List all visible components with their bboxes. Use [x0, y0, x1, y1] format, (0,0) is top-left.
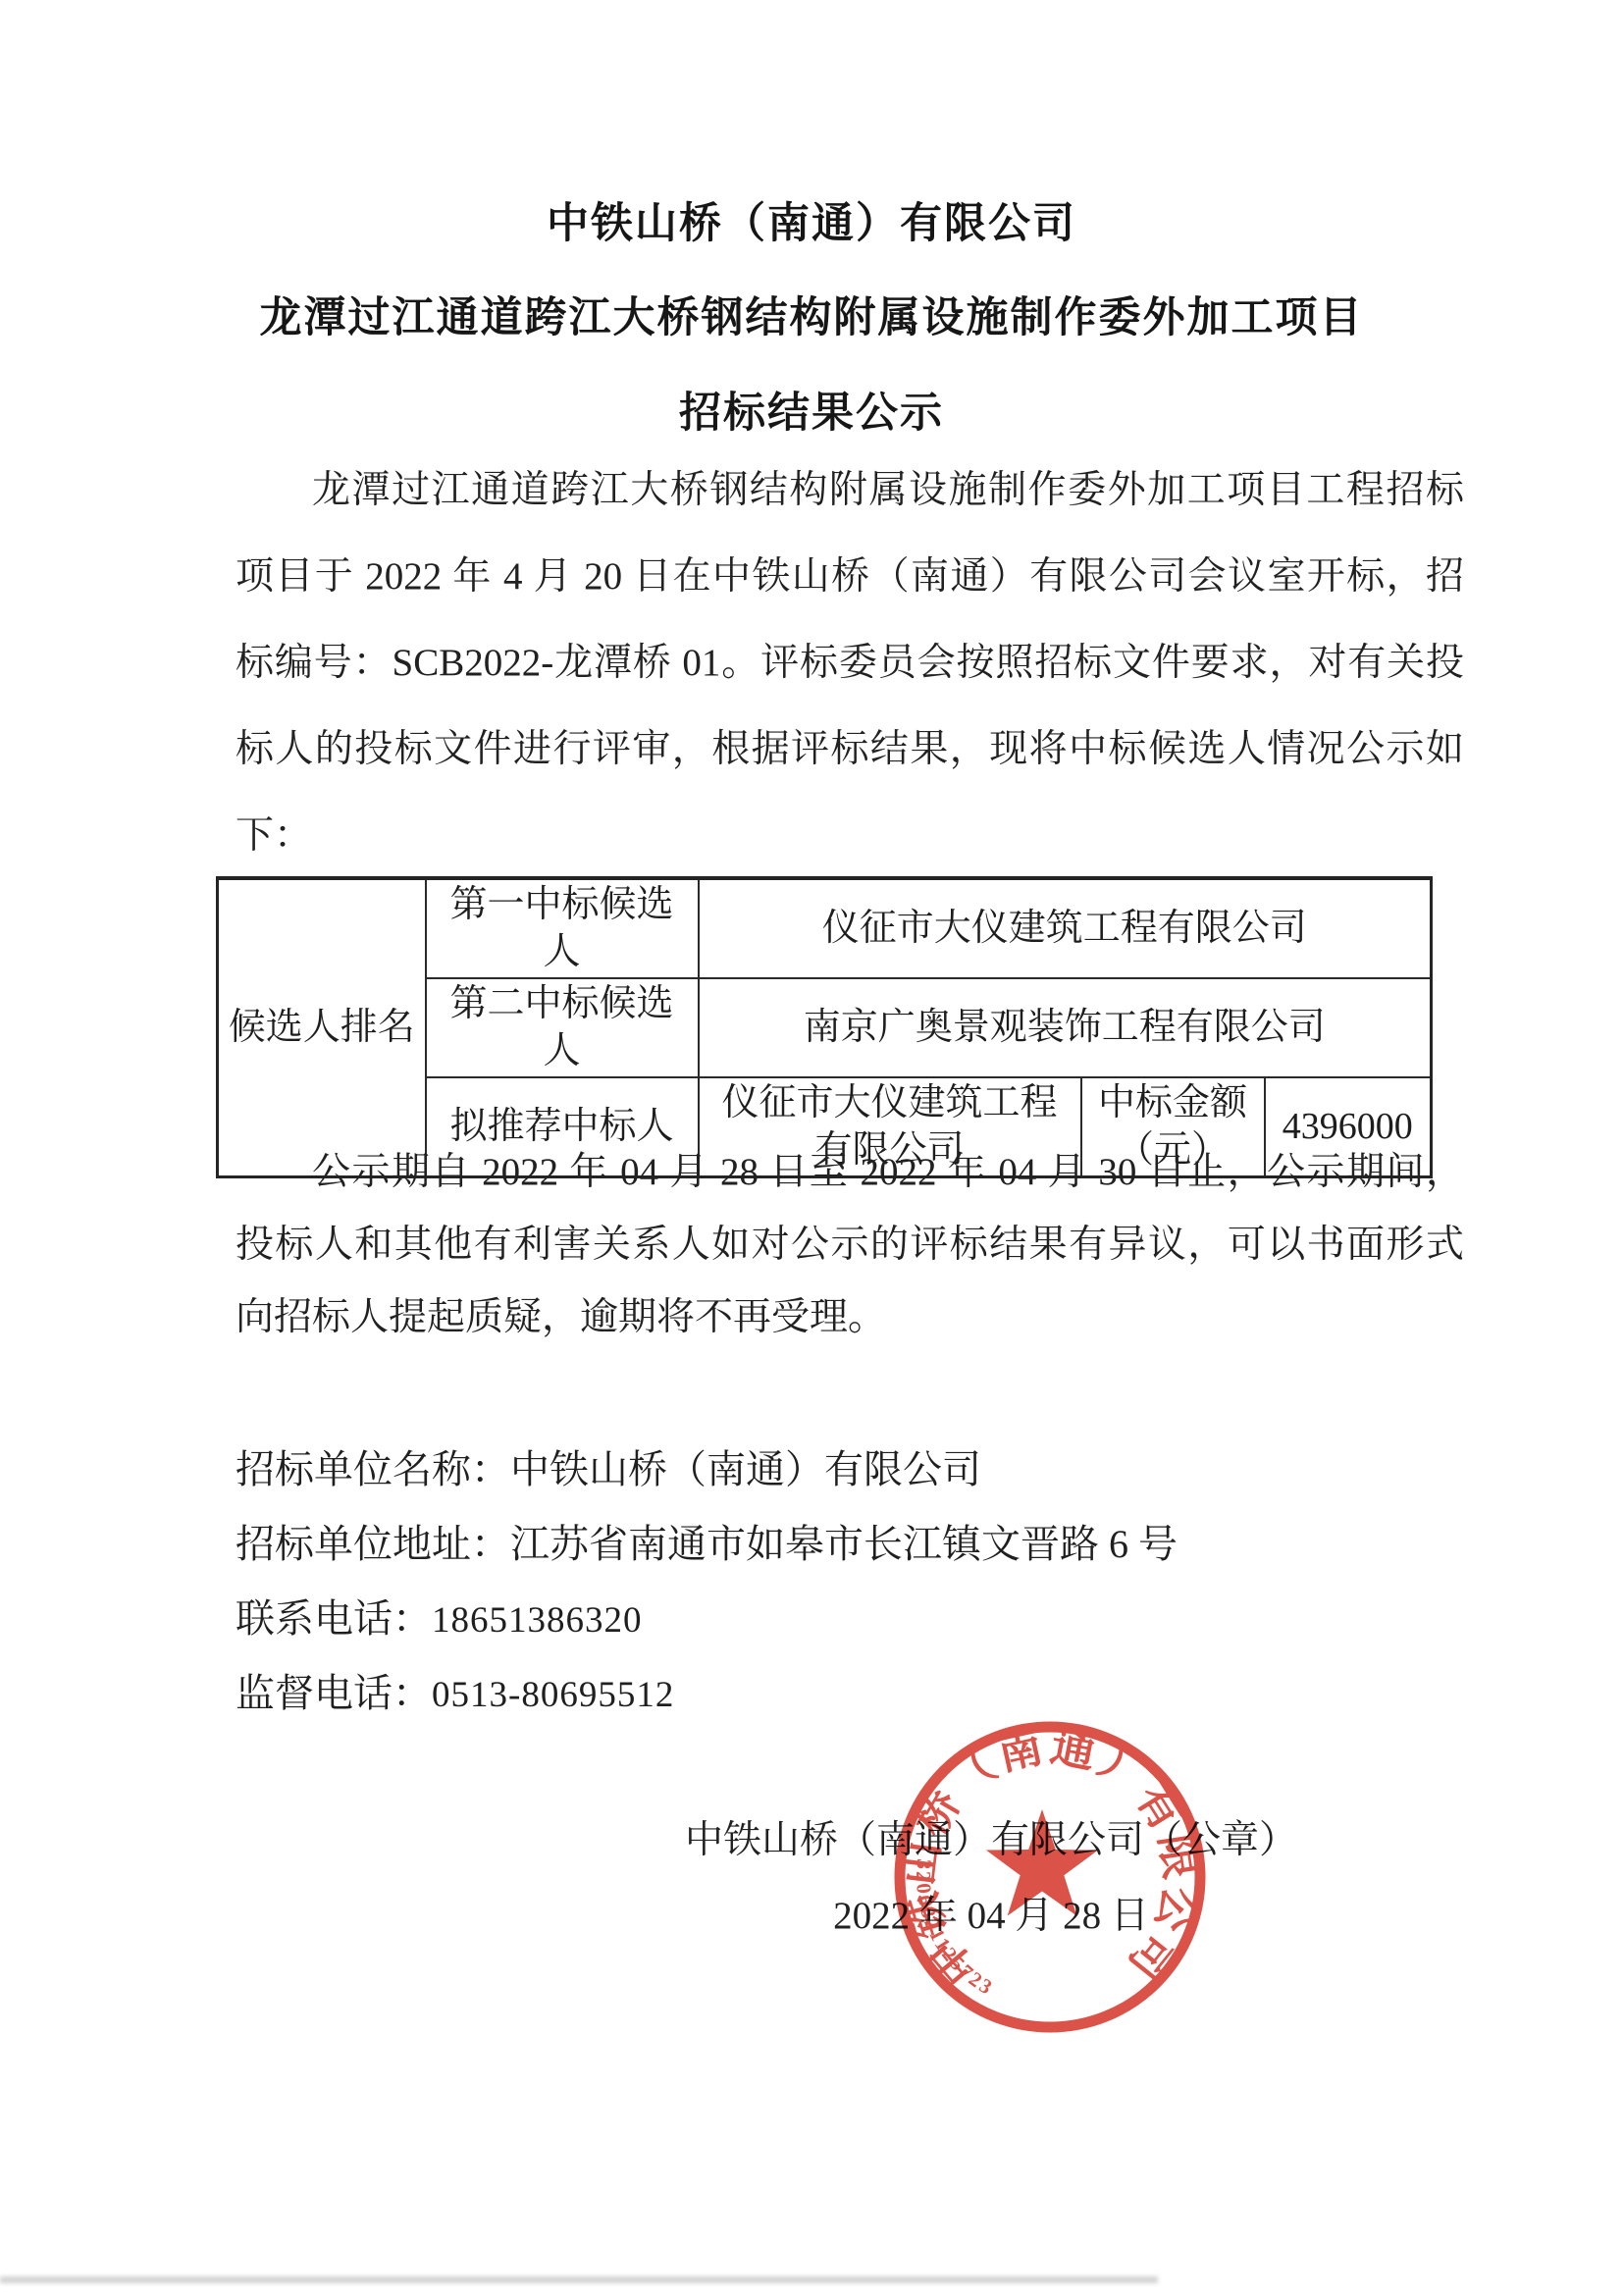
paragraph-line: 标编号：SCB2022-龙潭桥 01。评标委员会按照招标文件要求，对有关投 [236, 620, 1464, 706]
signature-date-line: 2022 年 04 月 28 日 [550, 1885, 1433, 1940]
announcement-title: 招标结果公示 [0, 380, 1623, 440]
tender-unit-address: 招标单位地址：江苏省南通市如皋市长江镇文晋路 6 号 [236, 1507, 1472, 1582]
scanned-announcement-page: 中铁山桥（南通）有限公司 龙潭过江通道跨江大桥钢结构附属设施制作委外加工项目 招… [0, 0, 1623, 2296]
candidate-company-cell: 南京广奥景观装饰工程有限公司 [699, 978, 1432, 1077]
intro-paragraph: 龙潭过江通道跨江大桥钢结构附属设施制作委外加工项目工程招标 项目于 2022 年… [236, 447, 1464, 879]
contact-phone: 联系电话：18651386320 [236, 1582, 1472, 1656]
candidate-company-cell: 仪征市大仪建筑工程有限公司 [699, 878, 1432, 978]
contact-block: 招标单位名称：中铁山桥（南通）有限公司 招标单位地址：江苏省南通市如皋市长江镇文… [236, 1433, 1472, 1731]
bid-result-table: 候选人排名 第一中标候选人 仪征市大仪建筑工程有限公司 第二中标候选人 南京广奥… [216, 876, 1433, 1178]
paragraph-line: 项目于 2022 年 4 月 20 日在中铁山桥（南通）有限公司会议室开标，招 [236, 534, 1464, 620]
supervision-phone-value: 0513-80695512 [432, 1675, 674, 1715]
tender-unit-name: 招标单位名称：中铁山桥（南通）有限公司 [236, 1433, 1472, 1507]
paragraph-line: 公示期自 2022 年 04 月 28 日至 2022 年 04 月 30 日止… [236, 1136, 1464, 1209]
row-group-label-cell: 候选人排名 [218, 878, 426, 1177]
amount-label: 中标金额 [1098, 1082, 1247, 1123]
paragraph-line: 龙潭过江通道跨江大桥钢结构附属设施制作委外加工项目工程招标 [236, 447, 1464, 534]
supervision-phone: 监督电话：0513-80695512 [236, 1656, 1472, 1731]
table-row: 候选人排名 第一中标候选人 仪征市大仪建筑工程有限公司 [218, 878, 1432, 978]
contact-phone-value: 18651386320 [432, 1600, 643, 1641]
candidate-rank-cell: 第二中标候选人 [426, 978, 699, 1077]
paragraph-line: 向招标人提起质疑，逾期将不再受理。 [236, 1281, 1464, 1354]
paragraph-line: 下： [236, 793, 1464, 879]
paragraph-line: 投标人和其他有利害关系人如对公示的评标结果有异议，可以书面形式 [236, 1209, 1464, 1281]
signature-company-line: 中铁山桥（南通）有限公司（公章） [550, 1809, 1433, 1864]
supervision-phone-label: 监督电话： [236, 1671, 432, 1715]
company-title: 中铁山桥（南通）有限公司 [0, 190, 1623, 250]
seal-outer-ring [900, 1727, 1200, 2027]
candidate-rank-cell: 第一中标候选人 [426, 878, 699, 978]
paragraph-line: 标人的投标文件进行评审，根据评标结果，现将中标候选人情况公示如 [236, 706, 1464, 793]
official-seal-stamp: 中铁山桥（南通）有限公司 3206821125723 [881, 1708, 1219, 2046]
project-title: 龙潭过江通道跨江大桥钢结构附属设施制作委外加工项目 [0, 285, 1623, 344]
notice-paragraph: 公示期自 2022 年 04 月 28 日至 2022 年 04 月 30 日止… [236, 1136, 1464, 1354]
contact-phone-label: 联系电话： [236, 1596, 432, 1641]
scan-edge-artifact [0, 2276, 1158, 2283]
